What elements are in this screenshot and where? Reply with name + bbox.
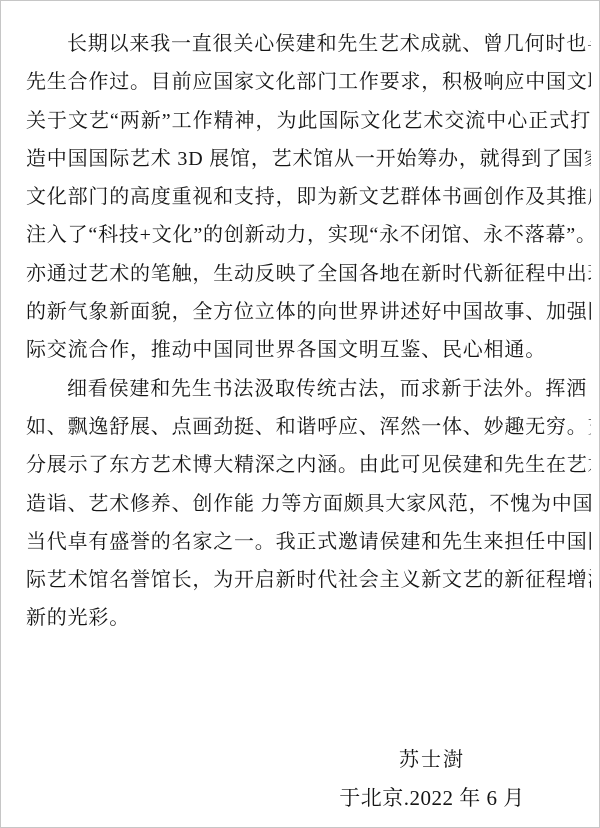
text-line: 亦通过艺术的笔触，生动反映了全国各地在新时代新征程中出现 <box>26 255 591 293</box>
text-line: 如、飘逸舒展、点画劲挺、和谐呼应、浑然一体、妙趣无穷。充 <box>26 408 591 446</box>
text-line: 新的光彩。 <box>26 599 591 637</box>
signature-block: 苏士澍 于北京.2022 年 6 月 <box>337 741 527 818</box>
text-line: 长期以来我一直很关心侯建和先生艺术成就、曾几何时也与 <box>26 25 591 63</box>
text-line: 际艺术馆名誉馆长，为开启新时代社会主义新文艺的新征程增添 <box>26 561 591 599</box>
text-line: 造诣、艺术修养、创作能 力等方面颇具大家风范，不愧为中国 <box>26 485 591 523</box>
text-line: 细看侯建和先生书法汲取传统古法，而求新于法外。挥洒自 <box>26 370 591 408</box>
paragraph-2: 细看侯建和先生书法汲取传统古法，而求新于法外。挥洒自 如、飘逸舒展、点画劲挺、和… <box>26 370 591 638</box>
text-line: 造中国国际艺术 3D 展馆，艺术馆从一开始筹办，就得到了国家 <box>26 140 591 178</box>
text-line: 注入了“科技+文化”的创新动力，实现“永不闭馆、永不落幕”。 <box>26 216 591 254</box>
signature-name: 苏士澍 <box>337 741 527 780</box>
text-line: 的新气象新面貌，全方位立体的向世界讲述好中国故事、加强国 <box>26 293 591 331</box>
text-line: 当代卓有盛誉的名家之一。我正式邀请侯建和先生来担任中国国 <box>26 523 591 561</box>
letter-body: 长期以来我一直很关心侯建和先生艺术成就、曾几何时也与 先生合作过。目前应国家文化… <box>1 1 599 638</box>
letter-page: 长期以来我一直很关心侯建和先生艺术成就、曾几何时也与 先生合作过。目前应国家文化… <box>0 0 600 828</box>
text-line: 分展示了东方艺术博大精深之内涵。由此可见侯建和先生在艺术 <box>26 446 591 484</box>
text-line: 际交流合作，推动中国同世界各国文明互鉴、民心相通。 <box>26 331 591 369</box>
signature-dateline: 于北京.2022 年 6 月 <box>337 779 527 818</box>
paragraph-1: 长期以来我一直很关心侯建和先生艺术成就、曾几何时也与 先生合作过。目前应国家文化… <box>26 25 591 370</box>
text-line: 文化部门的高度重视和支持，即为新文艺群体书画创作及其推广 <box>26 178 591 216</box>
text-line: 关于文艺“两新”工作精神，为此国际文化艺术交流中心正式打 <box>26 102 591 140</box>
text-line: 先生合作过。目前应国家文化部门工作要求，积极响应中国文联 <box>26 63 591 101</box>
